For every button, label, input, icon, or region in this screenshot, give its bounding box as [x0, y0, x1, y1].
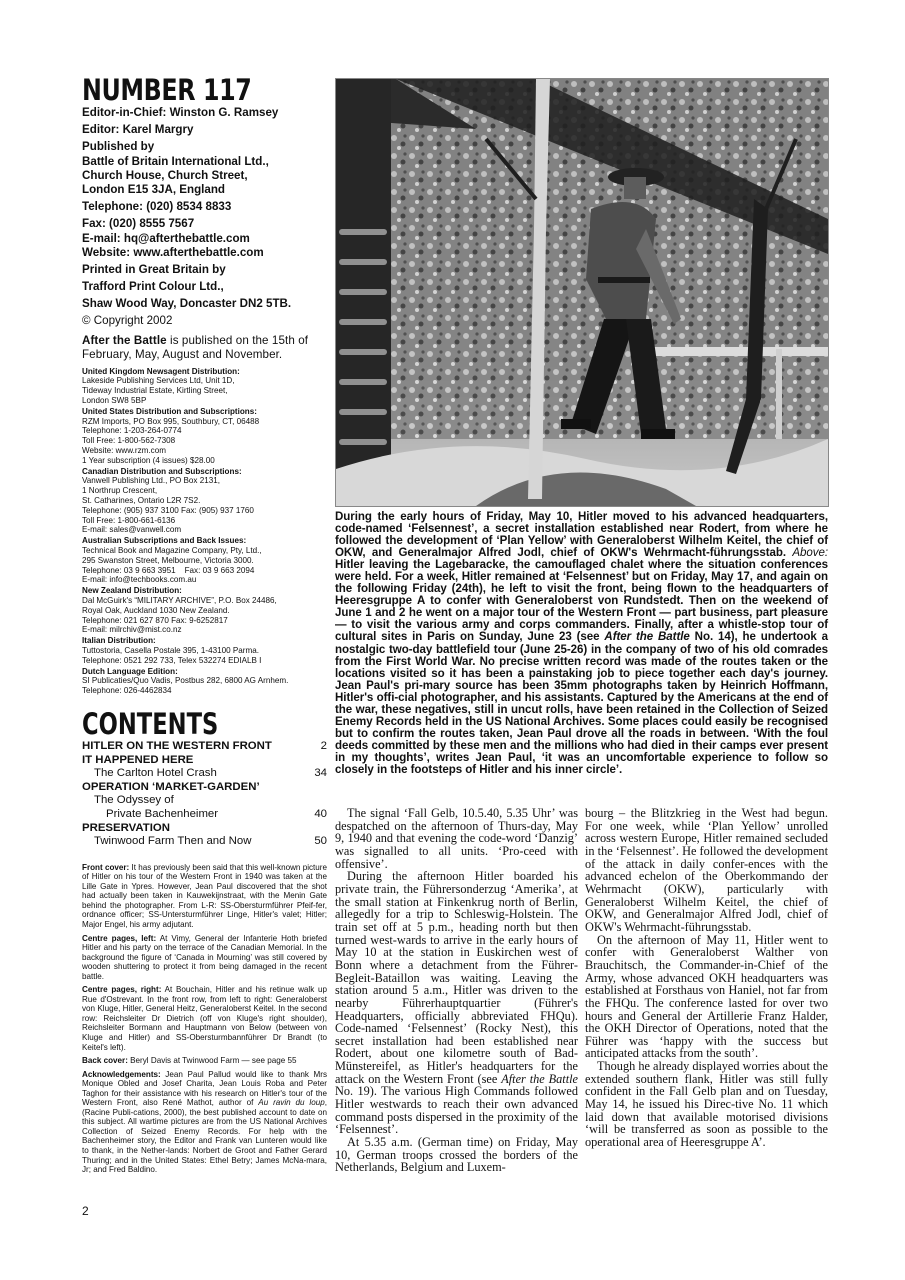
article-paragraph: During the afternoon Hitler boarded his … — [335, 870, 578, 1136]
copyright: © Copyright 2002 — [82, 314, 327, 328]
article-paragraph: The signal ‘Fall Gelb, 10.5.40, 5.35 Uhr… — [335, 807, 578, 870]
photo-hitler-felsennest — [335, 78, 829, 507]
distribution-us: United States Distribution and Subscript… — [82, 407, 327, 466]
distribution-uk: United Kingdom Newsagent Distribution: L… — [82, 367, 327, 406]
website: Website: www.afterthebattle.com — [82, 246, 327, 260]
published-by-label: Published by — [82, 140, 327, 154]
issue-number: NUMBER 117 — [82, 76, 283, 104]
distribution-canada: Canadian Distribution and Subscriptions:… — [82, 467, 327, 536]
article-paragraph: bourg – the Blitzkrieg in the West had b… — [585, 807, 828, 934]
back-cover-note: Back cover: Beryl Davis at Twinwood Farm… — [82, 1056, 327, 1066]
article-paragraph: At 5.35 a.m. (German time) on Friday, Ma… — [335, 1136, 578, 1174]
distribution-list: United Kingdom Newsagent Distribution: L… — [82, 367, 327, 696]
toc-entry-line: The Odyssey of — [82, 794, 327, 808]
email: E-mail: hq@afterthebattle.com — [82, 232, 327, 246]
toc-page: 2 — [299, 740, 327, 754]
toc-section: IT HAPPENED HERE — [82, 754, 327, 768]
cover-notes: Front cover: It has previously been said… — [82, 863, 327, 1175]
distribution-dutch: Dutch Language Edition: SI Publicaties/Q… — [82, 667, 327, 696]
toc-section: PRESERVATION — [82, 822, 327, 836]
centre-right-note: Centre pages, right: At Bouchain, Hitler… — [82, 985, 327, 1052]
photo-image — [336, 79, 828, 506]
contents-heading: CONTENTS — [82, 710, 273, 738]
toc-page: 34 — [299, 767, 327, 781]
toc-entry[interactable]: The Carlton Hotel Crash 34 — [82, 767, 327, 781]
table-of-contents: HITLER ON THE WESTERN FRONT 2 IT HAPPENE… — [82, 740, 327, 849]
toc-entry[interactable]: Twinwood Farm Then and Now 50 — [82, 835, 327, 849]
publication-reference: After the Battle — [604, 631, 689, 643]
article-paragraph: Though he already displayed worries abou… — [585, 1060, 828, 1149]
publisher-line: Battle of Britain International Ltd., — [82, 155, 327, 169]
distribution-new-zealand: New Zealand Distribution: Dal McGuirk's … — [82, 586, 327, 635]
toc-entry[interactable]: HITLER ON THE WESTERN FRONT 2 — [82, 740, 327, 754]
printer-line: Trafford Print Colour Ltd., — [82, 280, 327, 294]
article-paragraph: On the afternoon of May 11, Hitler went … — [585, 934, 828, 1061]
toc-page: 50 — [299, 835, 327, 849]
photo-caption: During the early hours of Friday, May 10… — [335, 511, 828, 776]
masthead-column: NUMBER 117 Editor-in-Chief: Winston G. R… — [82, 76, 327, 1179]
front-cover-note: Front cover: It has previously been said… — [82, 863, 327, 930]
article-column-1: The signal ‘Fall Gelb, 10.5.40, 5.35 Uhr… — [335, 807, 578, 1174]
acknowledgements: Acknowledgements: Jean Paul Pallud would… — [82, 1070, 327, 1175]
telephone: Telephone: (020) 8534 8833 — [82, 200, 327, 214]
distribution-italy: Italian Distribution: Tuttostoria, Casel… — [82, 636, 327, 665]
caption-above-label: Above: — [792, 547, 828, 559]
publication-schedule: After the Battle is published on the 15t… — [82, 334, 327, 362]
centre-left-note: Centre pages, left: At Vimy, General der… — [82, 934, 327, 982]
publisher-line: Church House, Church Street, — [82, 169, 327, 183]
publisher-line: London E15 3JA, England — [82, 183, 327, 197]
printer-line: Shaw Wood Way, Doncaster DN2 5TB. — [82, 297, 327, 311]
printer-line: Printed in Great Britain by — [82, 263, 327, 277]
toc-page: 40 — [299, 808, 327, 822]
editor: Editor: Karel Margry — [82, 123, 327, 137]
distribution-australia: Australian Subscriptions and Back Issues… — [82, 536, 327, 585]
toc-entry[interactable]: Private Bachenheimer 40 — [82, 808, 327, 822]
imprint: Editor-in-Chief: Winston G. Ramsey Edito… — [82, 106, 327, 312]
page-number: 2 — [82, 1204, 89, 1218]
article-column-2: bourg – the Blitzkrieg in the West had b… — [585, 807, 828, 1149]
publication-title: After the Battle — [82, 334, 167, 347]
fax: Fax: (020) 8555 7567 — [82, 217, 327, 231]
toc-section: OPERATION ‘MARKET-GARDEN’ — [82, 781, 327, 795]
editor-in-chief: Editor-in-Chief: Winston G. Ramsey — [82, 106, 327, 120]
